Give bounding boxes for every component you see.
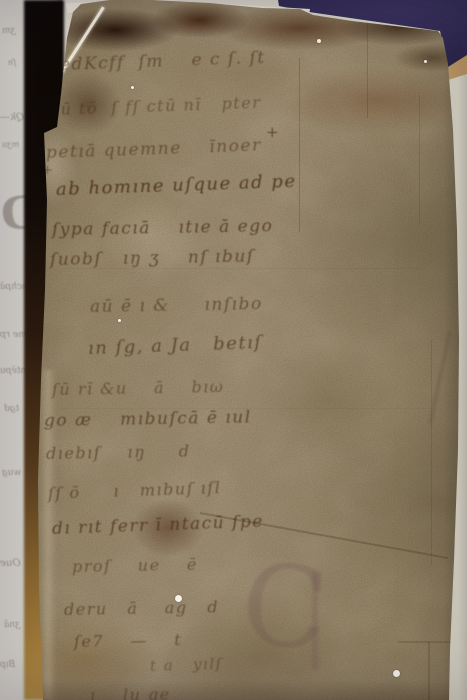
manuscript-text-line: ı lu ge (90, 685, 171, 700)
bleedthrough-fragment: tgd (4, 404, 19, 414)
vertical-crease (299, 58, 300, 232)
wormhole (175, 595, 182, 602)
manuscript-text-line: aū ē ı & ınſıbo (90, 294, 263, 317)
wormhole (393, 670, 400, 677)
bleedthrough-stroke (312, 572, 318, 670)
margin-cross-mark: + (266, 123, 279, 141)
bleedthrough-fragment: wug (2, 468, 21, 478)
manuscript-text-line: ſe7 — t (74, 630, 183, 651)
wormhole (317, 39, 321, 43)
bleedthrough-fragment: ſn (8, 58, 16, 67)
manuscript-text-line: ſuobſ ıŋ ʒ nſ ıbuſ (50, 246, 255, 270)
manuscript-photo: D ʒmſnQk—mʒunchpāme rpntēputgdwugOueʒnāB… (0, 0, 467, 700)
vertical-crease (419, 95, 420, 225)
manuscript-text-line: go æ mıbuſcā ē ıul (44, 407, 252, 431)
wormhole (118, 319, 121, 322)
manuscript-text-line: deru ā ag d (64, 597, 219, 619)
wormhole (424, 60, 427, 63)
parchment-leaf: C edKcff ſm e c ſ. ſtıū tō ſ fſ ctū nī p… (0, 0, 467, 700)
bleedthrough-fragment: me rp (0, 330, 27, 340)
manuscript-text-line: ſū rī &u ā bıω (52, 377, 225, 399)
bleedthrough-fragment: Oue (0, 558, 21, 569)
bleedthrough-fragment: Bıp (0, 660, 15, 670)
bleedthrough-fragment: ʒnā (4, 620, 20, 630)
bleedthrough-fragment: ʒm (2, 26, 16, 36)
ruling-line (428, 642, 430, 700)
vertical-crease (431, 340, 432, 565)
bleedthrough-fragment: ntēpu (0, 366, 26, 376)
manuscript-text-line: proſ ue ē (72, 555, 198, 576)
bleedthrough-fragment: Qk— (0, 112, 24, 123)
wormhole (131, 86, 134, 89)
bleedthrough-fragment: mʒu (2, 140, 19, 149)
manuscript-text-line: dıebıſ ıŋ d (46, 441, 191, 463)
manuscript-text-line: ſypa facıā ıtıe ā ego (52, 216, 274, 240)
bleedthrough-initial: C (237, 548, 332, 667)
manuscript-text-line: t a yılſ (150, 654, 223, 675)
